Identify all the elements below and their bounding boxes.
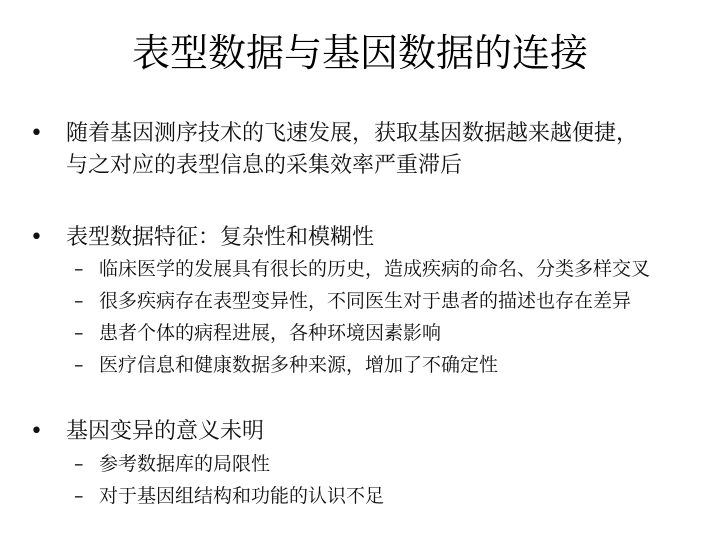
sub-bullet-text: 医疗信息和健康数据多种来源，增加了不确定性 (99, 350, 498, 380)
bullet-text: 与之对应的表型信息的采集效率严重滞后 (66, 150, 462, 182)
bullet-text: 表型数据特征：复杂性和模糊性 (66, 222, 374, 254)
bullet-marker: • (30, 222, 43, 254)
sub-bullet-text: 临床医学的发展具有很长的历史，造成疾病的命名、分类多样交叉 (99, 254, 650, 284)
bullet-marker: • (30, 416, 43, 448)
bullet-text: 基因变异的意义未明 (66, 416, 264, 448)
sub-bullet-text: 很多疾病存在表型变异性，不同医生对于患者的描述也存在差异 (99, 286, 631, 316)
sub-bullet-text: 对于基因组结构和功能的认识不足 (99, 481, 384, 511)
sub-bullet-text: 参考数据库的局限性 (99, 449, 270, 479)
sub-bullet-marker: – (74, 254, 84, 284)
sub-bullet-marker: – (74, 449, 84, 479)
bullet-text: 随着基因测序技术的飞速发展，获取基因数据越来越便捷， (66, 118, 638, 150)
sub-bullet-marker: – (74, 481, 84, 511)
bullet-marker: • (30, 118, 43, 150)
sub-bullet-text: 患者个体的病程进展，各种环境因素影响 (99, 318, 441, 348)
sub-bullet-marker: – (74, 318, 84, 348)
sub-bullet-marker: – (74, 350, 84, 380)
sub-bullet-marker: – (74, 286, 84, 316)
slide-title: 表型数据与基因数据的连接 (0, 28, 720, 78)
